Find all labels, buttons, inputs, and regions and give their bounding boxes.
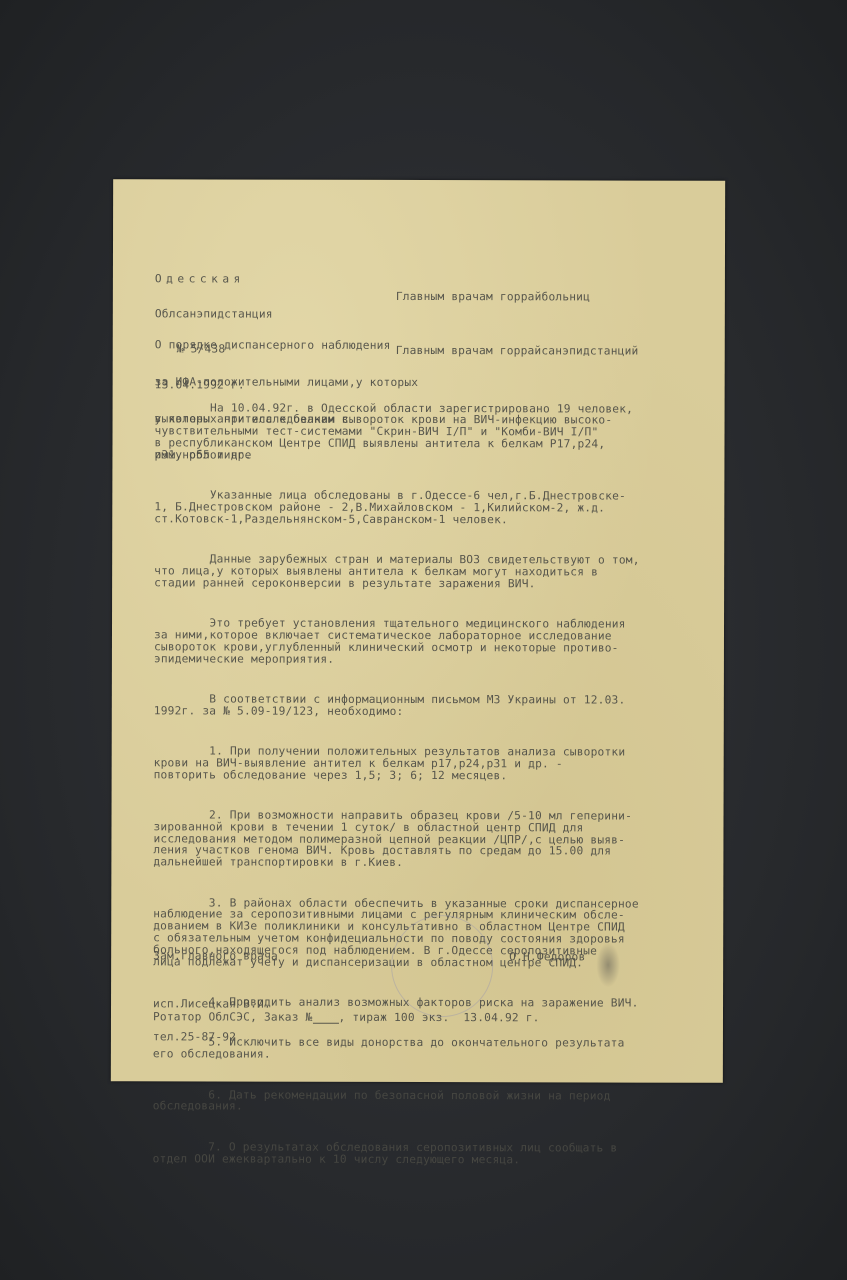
document-page: Одесская Облсанэпидстанция № 5/438 13.04…: [111, 179, 725, 1083]
addressee-1: Главным врачам горрайбольниц: [396, 288, 639, 307]
paragraph: Указанные лица обследованы в г.Одессе-6 …: [154, 489, 640, 526]
executor-phone: тел.25-87-92: [153, 1031, 271, 1042]
faded-stamp-icon: [391, 915, 493, 1017]
addressee-block: Главным врачам горрайбольниц Главным вра…: [396, 252, 639, 397]
addressee-2: Главным врачам горрайсанэпидстанций: [396, 342, 639, 361]
paragraph: В соответствии с информационным письмом …: [154, 693, 640, 718]
signatory-title: Зам.главного врача: [153, 950, 278, 962]
subject-line: О порядке диспансерного наблюдения: [155, 340, 419, 353]
rotator-label: Ротатор ОблСЭС, Заказ №: [153, 1010, 313, 1023]
signatory-name: О.Н.Федоров: [509, 951, 585, 963]
paragraph: На 10.04.92г. в Одесской области зарегис…: [154, 402, 640, 462]
letter-body: На 10.04.92г. в Одесской области зарегис…: [153, 378, 641, 1194]
org-name: Одесская: [155, 273, 273, 285]
paragraph: Данные зарубежных стран и материалы ВОЗ …: [154, 553, 640, 590]
circulation-info: , тираж 100 экз. 13.04.92 г.: [338, 1011, 539, 1025]
handwritten-signature-icon: [596, 942, 620, 987]
list-item-2: 2. При возможности направить образец кро…: [153, 809, 639, 869]
paragraph: Это требует установления тщательного мед…: [154, 617, 640, 665]
executor-name: исп.Лисецкая В.И.: [153, 998, 271, 1009]
order-number-blank: [312, 1013, 338, 1024]
list-item-7: 7. О результатах обследования серопозити…: [153, 1141, 639, 1166]
list-item-6: 6. Дать рекомендации по безопасной полов…: [153, 1089, 639, 1114]
print-footer: Ротатор ОблСЭС, Заказ №, тираж 100 экз. …: [153, 1011, 540, 1024]
list-item-1: 1. При получении положительных результат…: [154, 745, 640, 782]
